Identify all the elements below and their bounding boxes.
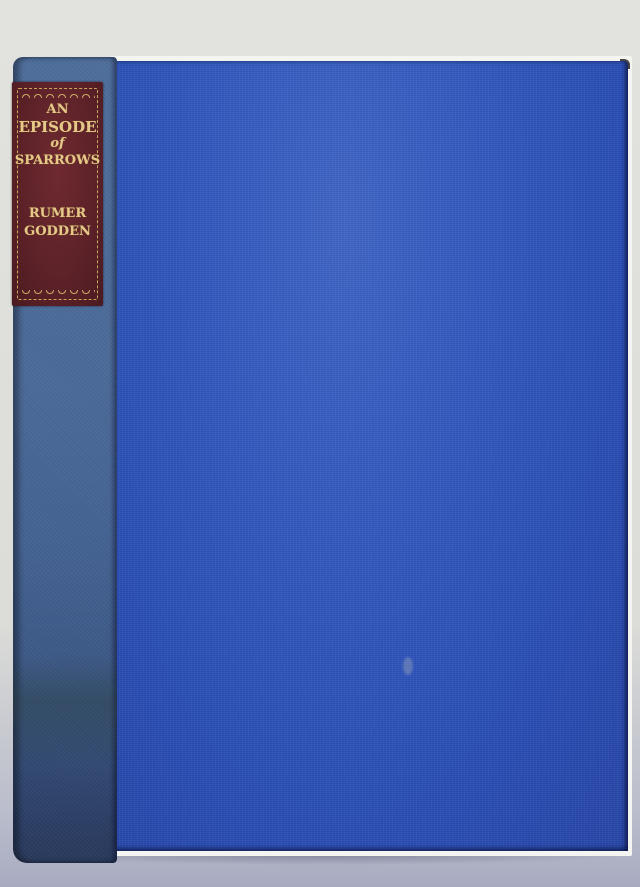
gilt-wave-ornament-top xyxy=(20,92,95,98)
cover-stain xyxy=(403,657,413,675)
author-line: RUMER xyxy=(12,206,103,221)
title-line: EPISODE xyxy=(12,118,103,136)
front-cover xyxy=(113,61,628,851)
title-line: AN xyxy=(12,102,103,117)
gilt-wave-ornament-bottom xyxy=(20,290,95,296)
spine-title-label: AN EPISODE of SPARROWS RUMER GODDEN xyxy=(12,82,103,306)
title-line: of xyxy=(12,136,103,151)
author-line: GODDEN xyxy=(12,224,103,239)
title-line: SPARROWS xyxy=(12,153,103,168)
cover-corner-wear xyxy=(620,59,630,69)
spine-fading xyxy=(13,657,117,767)
